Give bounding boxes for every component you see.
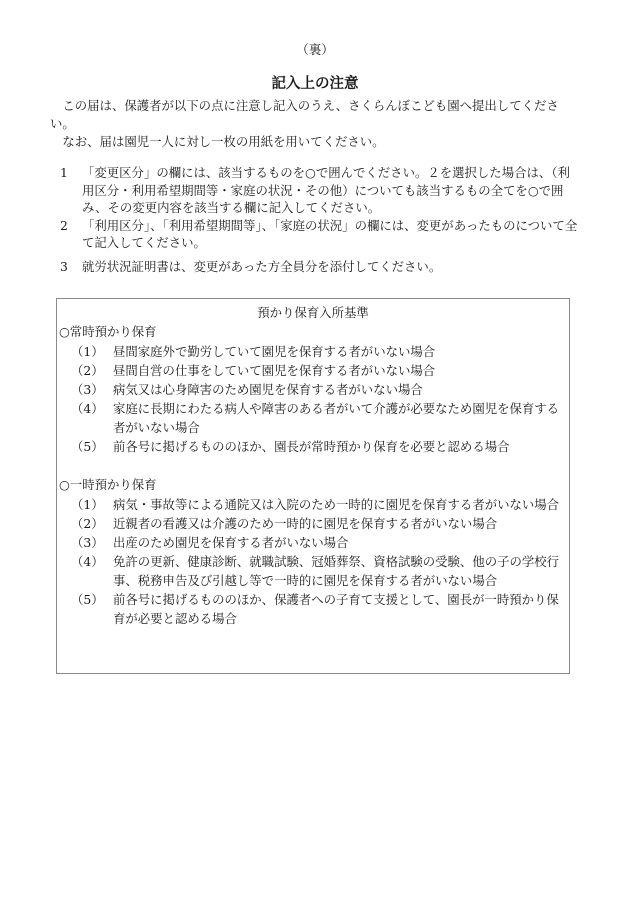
- criteria-item: （3） 出産のため園児を保育する者がいない場合: [71, 533, 569, 552]
- criteria-number: （5）: [71, 590, 113, 628]
- criteria-item: （4） 家庭に長期にわたる病人や障害のある者がいて介護が必要なため園児を保育する…: [71, 399, 569, 437]
- criteria-text: 家庭に長期にわたる病人や障害のある者がいて介護が必要なため園児を保育する者がいな…: [113, 399, 569, 437]
- intro-paragraph: なお、届は園児一人に対し一枚の用紙を用いてください。: [50, 133, 580, 151]
- criteria-number: （1）: [71, 342, 113, 361]
- criteria-number: （4）: [71, 399, 113, 437]
- notes-list: 1 「変更区分」の欄には、該当するものを○で囲んでください。２を選択した場合は、…: [60, 164, 578, 275]
- page-title: 記入上の注意: [0, 72, 630, 93]
- criteria-number: （2）: [71, 361, 113, 380]
- criteria-text: 免許の更新、健康診断、就職試験、冠婚葬祭、資格試験の受験、他の子の学校行事、税務…: [113, 552, 569, 590]
- criteria-text: 出産のため園児を保育する者がいない場合: [113, 533, 569, 552]
- criteria-text: 前各号に掲げるもののほか、保護者への子育て支援として、園長が一時預かり保育が必要…: [113, 590, 569, 628]
- note-item: 3 就労状況証明書は、変更があった方全員分を添付してください。: [60, 258, 578, 276]
- back-side-label: （裏）: [0, 40, 630, 58]
- note-item: 2 「利用区分」、「利用希望期間等」、「家庭の状況」の欄には、変更があったものに…: [60, 217, 578, 252]
- intro-section: この届は、保護者が以下の点に注意し記入のうえ、さくらんぼこども園へ提出してくださ…: [50, 97, 580, 151]
- document-page: （裏） 記入上の注意 この届は、保護者が以下の点に注意し記入のうえ、さくらんぼこ…: [0, 0, 630, 903]
- section-heading-temporary: ○一時預かり保育: [59, 475, 569, 495]
- note-text: 「変更区分」の欄には、該当するものを○で囲んでください。２を選択した場合は、（利…: [82, 164, 578, 217]
- admission-criteria-box: 預かり保育入所基準 ○常時預かり保育 （1） 昼間家庭外で勤労していて園児を保育…: [56, 298, 570, 674]
- note-item: 1 「変更区分」の欄には、該当するものを○で囲んでください。２を選択した場合は、…: [60, 164, 578, 217]
- criteria-item: （4） 免許の更新、健康診断、就職試験、冠婚葬祭、資格試験の受験、他の子の学校行…: [71, 552, 569, 590]
- criteria-number: （3）: [71, 380, 113, 399]
- criteria-text: 昼間家庭外で勤労していて園児を保育する者がいない場合: [113, 342, 569, 361]
- note-text: 就労状況証明書は、変更があった方全員分を添付してください。: [82, 258, 578, 276]
- criteria-text: 昼間自営の仕事をしていて園児を保育する者がいない場合: [113, 361, 569, 380]
- criteria-number: （4）: [71, 552, 113, 590]
- note-number: 1: [60, 164, 82, 217]
- criteria-text: 近親者の看護又は介護のため一時的に園児を保育する者がいない場合: [113, 514, 569, 533]
- criteria-text: 前各号に掲げるもののほか、園長が常時預かり保育を必要と認める場合: [113, 437, 569, 456]
- criteria-text: 病気又は心身障害のため園児を保育する者がいない場合: [113, 380, 569, 399]
- section-heading-regular: ○常時預かり保育: [59, 322, 569, 342]
- criteria-number: （5）: [71, 437, 113, 456]
- criteria-item: （2） 近親者の看護又は介護のため一時的に園児を保育する者がいない場合: [71, 514, 569, 533]
- criteria-text: 病気・事故等による通院又は入院のため一時的に園児を保育する者がいない場合: [113, 495, 569, 514]
- criteria-item: （5） 前各号に掲げるもののほか、保護者への子育て支援として、園長が一時預かり保…: [71, 590, 569, 628]
- criteria-number: （1）: [71, 495, 113, 514]
- criteria-title: 預かり保育入所基準: [57, 304, 569, 322]
- criteria-item: （2） 昼間自営の仕事をしていて園児を保育する者がいない場合: [71, 361, 569, 380]
- criteria-item: （1） 昼間家庭外で勤労していて園児を保育する者がいない場合: [71, 342, 569, 361]
- criteria-item: （1） 病気・事故等による通院又は入院のため一時的に園児を保育する者がいない場合: [71, 495, 569, 514]
- criteria-item: （5） 前各号に掲げるもののほか、園長が常時預かり保育を必要と認める場合: [71, 437, 569, 456]
- note-text: 「利用区分」、「利用希望期間等」、「家庭の状況」の欄には、変更があったものについ…: [82, 217, 578, 252]
- intro-paragraph: この届は、保護者が以下の点に注意し記入のうえ、さくらんぼこども園へ提出してくださ…: [50, 97, 580, 133]
- criteria-number: （2）: [71, 514, 113, 533]
- note-number: 3: [60, 258, 82, 276]
- note-number: 2: [60, 217, 82, 252]
- criteria-number: （3）: [71, 533, 113, 552]
- criteria-item: （3） 病気又は心身障害のため園児を保育する者がいない場合: [71, 380, 569, 399]
